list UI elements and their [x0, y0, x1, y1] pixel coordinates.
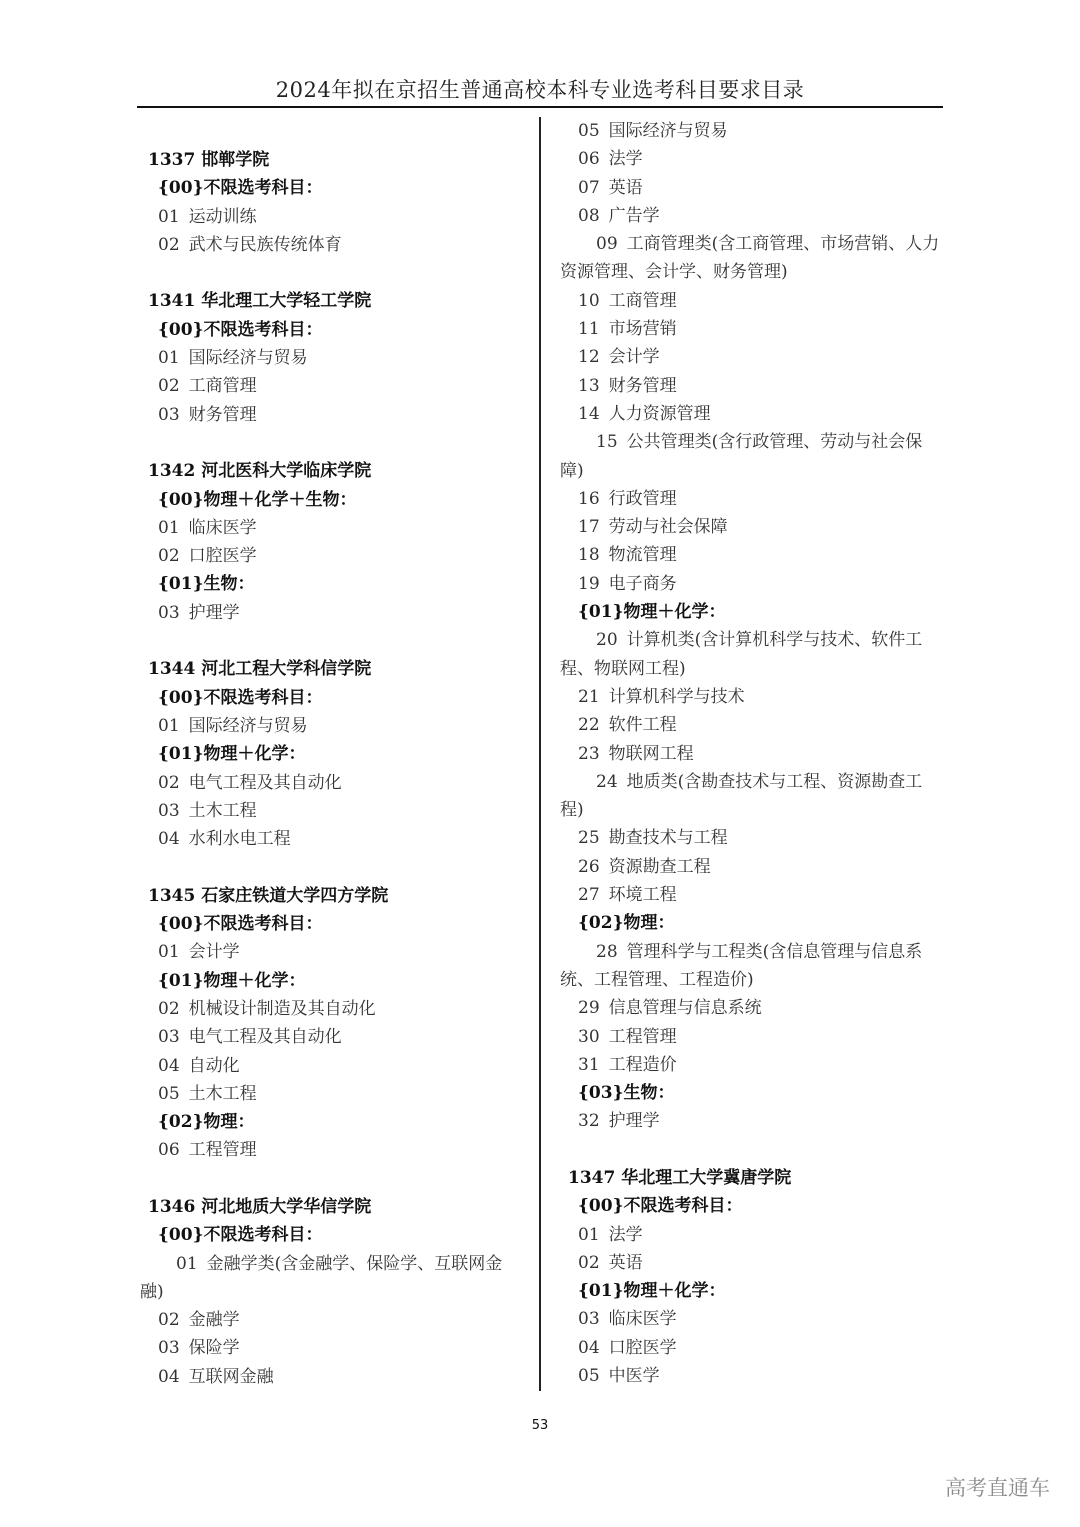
- major-item: 27环境工程: [560, 881, 945, 909]
- major-code: 06: [158, 1136, 180, 1164]
- major-item: 02英语: [560, 1249, 945, 1277]
- major-name: 会计学: [189, 942, 240, 962]
- major-item: 01会计学: [140, 938, 525, 966]
- major-code: 09: [578, 230, 618, 258]
- major-name: 国际经济与贸易: [189, 348, 308, 368]
- major-code: 12: [578, 343, 600, 371]
- major-name: 财务管理: [609, 376, 677, 396]
- major-name: 土木工程: [189, 1084, 257, 1104]
- major-item: 03保险学: [140, 1334, 525, 1362]
- major-code: 30: [578, 1023, 600, 1051]
- major-name: 工程造价: [609, 1055, 677, 1075]
- subject-requirement-group: {02}物理：: [140, 1108, 525, 1136]
- major-code: 02: [158, 372, 180, 400]
- section-gap: [560, 1136, 945, 1164]
- major-code: 23: [578, 740, 600, 768]
- major-item: 03土木工程: [140, 797, 525, 825]
- major-name: 工程管理: [609, 1027, 677, 1047]
- right-column: 05国际经济与贸易06法学07英语08广告学09工商管理类(含工商管理、市场营销…: [560, 117, 945, 1390]
- major-code: 02: [158, 231, 180, 259]
- major-code: 01: [158, 1250, 198, 1278]
- major-item: 02武术与民族传统体育: [140, 231, 525, 259]
- major-item: 01临床医学: [140, 514, 525, 542]
- major-code: 10: [578, 287, 600, 315]
- major-item: 19电子商务: [560, 570, 945, 598]
- major-item: 02电气工程及其自动化: [140, 769, 525, 797]
- major-item: 08广告学: [560, 202, 945, 230]
- major-code: 01: [158, 938, 180, 966]
- major-item: 02口腔医学: [140, 542, 525, 570]
- major-code: 25: [578, 824, 600, 852]
- major-code: 04: [158, 1052, 180, 1080]
- major-name: 土木工程: [189, 801, 257, 821]
- major-item: 04口腔医学: [560, 1334, 945, 1362]
- major-item: 20计算机类(含计算机科学与技术、软件工程、物联网工程): [560, 626, 945, 683]
- major-name: 环境工程: [609, 885, 677, 905]
- major-code: 02: [158, 542, 180, 570]
- major-code: 03: [158, 401, 180, 429]
- major-name: 中医学: [609, 1366, 660, 1386]
- major-code: 17: [578, 513, 600, 541]
- major-name: 劳动与社会保障: [609, 517, 728, 537]
- subject-requirement-group: {00}不限选考科目：: [140, 174, 525, 202]
- major-name: 临床医学: [189, 518, 257, 538]
- major-item: 28管理科学与工程类(含信息管理与信息系统、工程管理、工程造价): [560, 938, 945, 995]
- major-name: 武术与民族传统体育: [189, 235, 342, 255]
- major-name: 物流管理: [609, 545, 677, 565]
- major-code: 24: [578, 768, 618, 796]
- major-name: 法学: [609, 149, 643, 169]
- major-name: 口腔医学: [189, 546, 257, 566]
- major-name: 资源勘查工程: [609, 857, 711, 877]
- major-item: 01金融学类(含金融学、保险学、互联网金融): [140, 1250, 525, 1307]
- major-name: 英语: [609, 1253, 643, 1273]
- section-gap: [140, 1165, 525, 1193]
- major-code: 26: [578, 853, 600, 881]
- subject-requirement-group: {00}不限选考科目：: [560, 1192, 945, 1220]
- major-code: 19: [578, 570, 600, 598]
- major-code: 11: [578, 315, 600, 343]
- major-item: 29信息管理与信息系统: [560, 994, 945, 1022]
- major-item: 05国际经济与贸易: [560, 117, 945, 145]
- major-name: 口腔医学: [609, 1338, 677, 1358]
- major-item: 01法学: [560, 1221, 945, 1249]
- major-name: 法学: [609, 1225, 643, 1245]
- major-item: 04自动化: [140, 1052, 525, 1080]
- section-gap: [140, 429, 525, 457]
- major-name: 人力资源管理: [609, 404, 711, 424]
- major-item: 02工商管理: [140, 372, 525, 400]
- major-name: 护理学: [189, 603, 240, 623]
- major-code: 03: [158, 1334, 180, 1362]
- major-item: 05土木工程: [140, 1080, 525, 1108]
- major-item: 04水利水电工程: [140, 825, 525, 853]
- major-name: 互联网金融: [189, 1367, 274, 1387]
- major-code: 01: [158, 344, 180, 372]
- school-heading: 1342 河北医科大学临床学院: [140, 457, 525, 485]
- major-name: 机械设计制造及其自动化: [189, 999, 376, 1019]
- major-code: 01: [578, 1221, 600, 1249]
- subject-requirement-group: {01}物理＋化学：: [140, 740, 525, 768]
- header-rule: [137, 106, 943, 108]
- major-name: 国际经济与贸易: [189, 716, 308, 736]
- major-code: 27: [578, 881, 600, 909]
- major-name: 水利水电工程: [189, 829, 291, 849]
- major-name: 工商管理: [609, 291, 677, 311]
- subject-requirement-group: {00}不限选考科目：: [140, 316, 525, 344]
- major-name: 护理学: [609, 1111, 660, 1131]
- major-item: 16行政管理: [560, 485, 945, 513]
- major-name: 会计学: [609, 347, 660, 367]
- major-code: 32: [578, 1107, 600, 1135]
- major-name: 工程管理: [189, 1140, 257, 1160]
- major-item: 13财务管理: [560, 372, 945, 400]
- major-item: 03临床医学: [560, 1305, 945, 1333]
- major-name: 自动化: [189, 1056, 240, 1076]
- section-gap: [140, 627, 525, 655]
- major-code: 04: [158, 825, 180, 853]
- school-heading: 1347 华北理工大学冀唐学院: [560, 1164, 945, 1192]
- major-code: 08: [578, 202, 600, 230]
- major-code: 22: [578, 711, 600, 739]
- subject-requirement-group: {00}不限选考科目：: [140, 684, 525, 712]
- major-name: 临床医学: [609, 1309, 677, 1329]
- major-item: 07英语: [560, 174, 945, 202]
- major-code: 31: [578, 1051, 600, 1079]
- major-item: 03护理学: [140, 599, 525, 627]
- major-item: 11市场营销: [560, 315, 945, 343]
- major-code: 04: [578, 1334, 600, 1362]
- major-code: 02: [158, 995, 180, 1023]
- major-item: 04互联网金融: [140, 1363, 525, 1391]
- column-divider: [539, 117, 541, 1391]
- school-heading: 1344 河北工程大学科信学院: [140, 655, 525, 683]
- major-code: 20: [578, 626, 618, 654]
- major-name: 电气工程及其自动化: [189, 773, 342, 793]
- major-item: 02机械设计制造及其自动化: [140, 995, 525, 1023]
- major-code: 03: [578, 1305, 600, 1333]
- section-gap: [140, 853, 525, 881]
- major-name: 计算机科学与技术: [609, 687, 745, 707]
- major-code: 21: [578, 683, 600, 711]
- major-item: 12会计学: [560, 343, 945, 371]
- major-name: 市场营销: [609, 319, 677, 339]
- major-item: 23物联网工程: [560, 740, 945, 768]
- major-item: 01运动训练: [140, 203, 525, 231]
- major-code: 28: [578, 938, 618, 966]
- major-name: 软件工程: [609, 715, 677, 735]
- major-item: 06法学: [560, 145, 945, 173]
- major-name: 保险学: [189, 1338, 240, 1358]
- major-name: 国际经济与贸易: [609, 121, 728, 141]
- major-item: 24地质类(含勘查技术与工程、资源勘查工程): [560, 768, 945, 825]
- page-number: 53: [0, 1418, 1080, 1433]
- major-name: 英语: [609, 178, 643, 198]
- subject-requirement-group: {00}不限选考科目：: [140, 1221, 525, 1249]
- major-name: 行政管理: [609, 489, 677, 509]
- school-heading: 1337 邯郸学院: [140, 146, 525, 174]
- major-name: 广告学: [609, 206, 660, 226]
- major-code: 02: [158, 769, 180, 797]
- major-item: 02金融学: [140, 1306, 525, 1334]
- major-item: 32护理学: [560, 1107, 945, 1135]
- major-name: 电气工程及其自动化: [189, 1027, 342, 1047]
- subject-requirement-group: {00}物理＋化学＋生物：: [140, 486, 525, 514]
- major-item: 22软件工程: [560, 711, 945, 739]
- page-title: 2024年拟在京招生普通高校本科专业选考科目要求目录: [137, 74, 943, 104]
- major-code: 29: [578, 994, 600, 1022]
- major-code: 13: [578, 372, 600, 400]
- school-heading: 1346 河北地质大学华信学院: [140, 1193, 525, 1221]
- school-heading: 1341 华北理工大学轻工学院: [140, 287, 525, 315]
- major-item: 31工程造价: [560, 1051, 945, 1079]
- major-name: 电子商务: [609, 574, 677, 594]
- major-name: 运动训练: [189, 207, 257, 227]
- major-code: 05: [578, 117, 600, 145]
- subject-requirement-group: {02}物理：: [560, 909, 945, 937]
- subject-requirement-group: {01}物理＋化学：: [140, 967, 525, 995]
- left-column: 1337 邯郸学院{00}不限选考科目：01运动训练02武术与民族传统体育134…: [140, 146, 525, 1391]
- major-name: 勘查技术与工程: [609, 828, 728, 848]
- major-item: 01国际经济与贸易: [140, 344, 525, 372]
- major-item: 18物流管理: [560, 541, 945, 569]
- major-code: 18: [578, 541, 600, 569]
- major-code: 05: [578, 1362, 600, 1390]
- major-item: 10工商管理: [560, 287, 945, 315]
- major-code: 16: [578, 485, 600, 513]
- school-heading: 1345 石家庄铁道大学四方学院: [140, 882, 525, 910]
- major-item: 05中医学: [560, 1362, 945, 1390]
- major-item: 30工程管理: [560, 1023, 945, 1051]
- major-code: 03: [158, 1023, 180, 1051]
- major-item: 25勘查技术与工程: [560, 824, 945, 852]
- watermark: 高考直通车: [945, 1472, 1050, 1502]
- major-name: 金融学: [189, 1310, 240, 1330]
- major-code: 06: [578, 145, 600, 173]
- subject-requirement-group: {01}物理＋化学：: [560, 1277, 945, 1305]
- major-item: 15公共管理类(含行政管理、劳动与社会保障): [560, 428, 945, 485]
- major-code: 05: [158, 1080, 180, 1108]
- major-code: 02: [158, 1306, 180, 1334]
- major-item: 01国际经济与贸易: [140, 712, 525, 740]
- subject-requirement-group: {03}生物：: [560, 1079, 945, 1107]
- major-item: 03电气工程及其自动化: [140, 1023, 525, 1051]
- subject-requirement-group: {01}生物：: [140, 570, 525, 598]
- major-name: 物联网工程: [609, 744, 694, 764]
- subject-requirement-group: {01}物理＋化学：: [560, 598, 945, 626]
- major-code: 15: [578, 428, 618, 456]
- major-item: 06工程管理: [140, 1136, 525, 1164]
- section-gap: [140, 259, 525, 287]
- major-code: 01: [158, 712, 180, 740]
- major-code: 04: [158, 1363, 180, 1391]
- major-item: 03财务管理: [140, 401, 525, 429]
- major-name: 信息管理与信息系统: [609, 998, 762, 1018]
- major-name: 工商管理: [189, 376, 257, 396]
- major-item: 14人力资源管理: [560, 400, 945, 428]
- subject-requirement-group: {00}不限选考科目：: [140, 910, 525, 938]
- major-code: 01: [158, 203, 180, 231]
- major-item: 21计算机科学与技术: [560, 683, 945, 711]
- major-code: 01: [158, 514, 180, 542]
- major-name: 财务管理: [189, 405, 257, 425]
- major-code: 02: [578, 1249, 600, 1277]
- major-code: 14: [578, 400, 600, 428]
- major-item: 26资源勘查工程: [560, 853, 945, 881]
- major-code: 07: [578, 174, 600, 202]
- major-item: 09工商管理类(含工商管理、市场营销、人力资源管理、会计学、财务管理): [560, 230, 945, 287]
- major-item: 17劳动与社会保障: [560, 513, 945, 541]
- major-code: 03: [158, 797, 180, 825]
- major-code: 03: [158, 599, 180, 627]
